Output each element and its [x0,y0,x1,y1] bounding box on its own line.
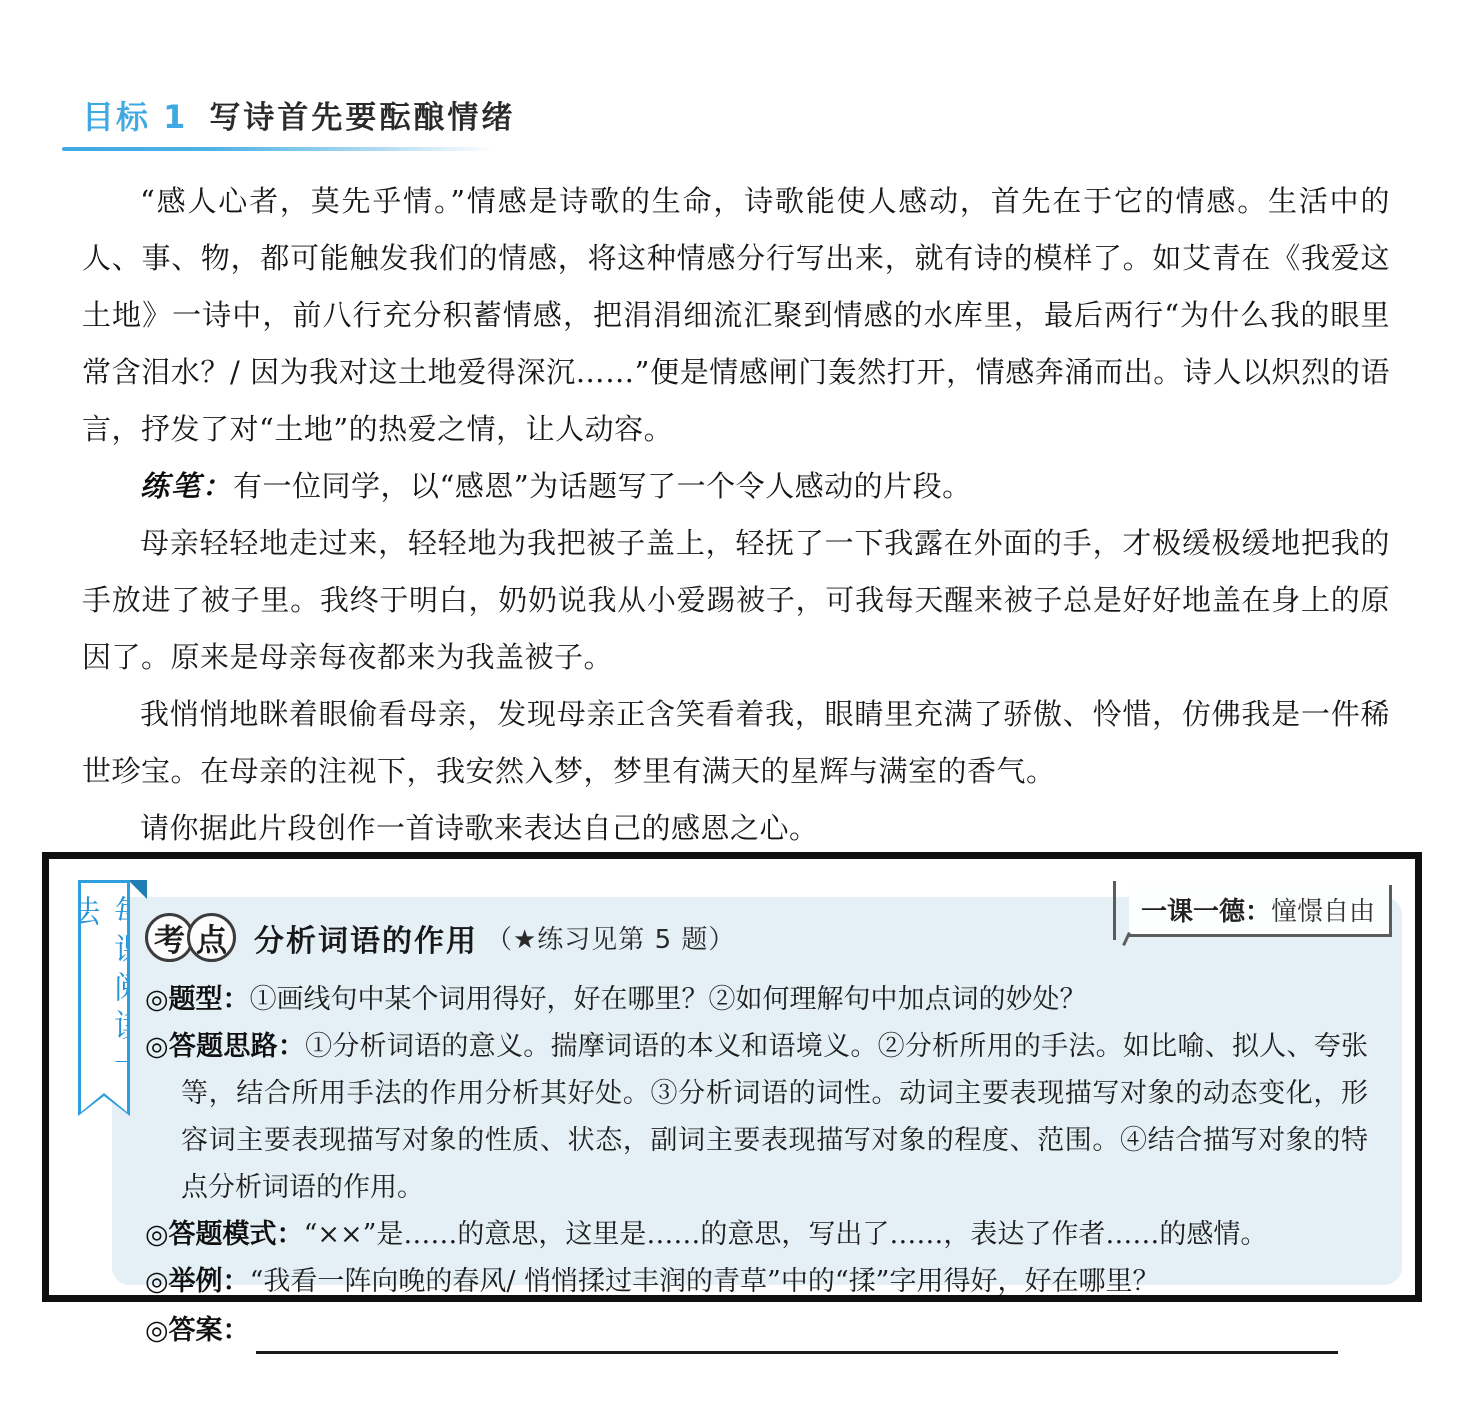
panel-title: 分析词语的作用 [254,916,478,960]
moral-corner-label: 一课一德：憧憬自由 [1129,885,1392,937]
moral-value: 憧憬自由 [1271,897,1375,927]
section-title: 写诗首先要酝酿情绪 [209,92,515,137]
page-content: 目标 1 写诗首先要酝酿情绪 “感人心者，莫先乎情。”情感是诗歌的生命，诗歌能使… [82,92,1390,857]
item-answer-pattern: ◎答题模式：“××”是……的意思，这里是……的意思，写出了……，表达了作者……的… [145,1211,1368,1258]
item-answer: ◎答案： [145,1307,1368,1354]
moral-label: 一课一德： [1141,897,1271,927]
answer-blank-line [256,1315,1338,1354]
ribbon-inner: 每课阅读一法 [81,883,127,1112]
paragraph-lianbi: 练笔：有一位同学，以“感恩”为话题写了一个令人感动的片段。 [82,458,1390,515]
section-header: 目标 1 写诗首先要酝酿情绪 [82,92,1390,138]
panel-header: 考 点 分析词语的作用 （★练习见第 5 题） 一课一德：憧憬自由 [112,897,1402,962]
textbook-page: 目标 1 写诗首先要酝酿情绪 “感人心者，莫先乎情。”情感是诗歌的生命，诗歌能使… [0,0,1464,1414]
ribbon-bookmark: 每课阅读一法 [78,880,130,1116]
paragraph-intro: “感人心者，莫先乎情。”情感是诗歌的生命，诗歌能使人感动，首先在于它的情感。生活… [82,173,1390,458]
reading-method-box: 每课阅读一法 考 点 分析词语的作用 （★练习见第 5 题） 一课一德：憧憬自由… [42,852,1422,1302]
item-question-types: ◎题型：①画线句中某个词用得好，好在哪里？②如何理解句中加点词的妙处？ [145,976,1368,1023]
lianbi-text: 有一位同学，以“感恩”为话题写了一个令人感动的片段。 [233,469,972,503]
kaodian-badge-char-2: 点 [187,913,236,962]
method-panel: 考 点 分析词语的作用 （★练习见第 5 题） 一课一德：憧憬自由 ◎题型：①画… [112,897,1402,1285]
header-underline [62,147,494,151]
paragraph-narrative-2: 我悄悄地眯着眼偷看母亲，发现母亲正含笑看着我，眼睛里充满了骄傲、怜惜，仿佛我是一… [82,686,1390,800]
practice-reference: （★练习见第 5 题） [486,919,735,956]
method-items: ◎题型：①画线句中某个词用得好，好在哪里？②如何理解句中加点词的妙处？ ◎答题思… [112,962,1402,1354]
paragraph-narrative-1: 母亲轻轻地走过来，轻轻地为我把被子盖上，轻抚了一下我露在外面的手，才极缓极缓地把… [82,515,1390,686]
item-example: ◎举例：“我看一阵向晚的春风/ 悄悄揉过丰润的青草”中的“揉”字用得好，好在哪里… [145,1258,1368,1305]
lianbi-label: 练笔： [140,469,233,503]
paragraph-task: 请你据此片段创作一首诗歌来表达自己的感恩之心。 [82,800,1390,857]
item-answer-approach: ◎答题思路：①分析词语的意义。揣摩词语的本义和语境义。②分析所用的手法。如比喻、… [145,1023,1368,1211]
article-body: “感人心者，莫先乎情。”情感是诗歌的生命，诗歌能使人感动，首先在于它的情感。生活… [82,173,1390,857]
goal-badge: 目标 1 [82,92,187,138]
